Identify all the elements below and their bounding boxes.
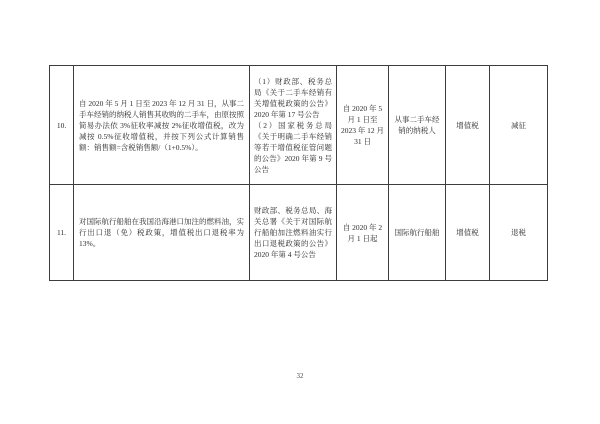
tax-type: 增值税 [446,185,490,281]
execution-period: 自 2020 年 2 月 1 日起 [337,185,389,281]
execution-period: 自 2020 年 5 月 1 日至 2023 年 12 月 31 日 [337,66,389,185]
tax-policy-table: 10. 自 2020 年 5 月 1 日至 2023 年 12 月 31 日，从… [49,65,548,281]
preference-type: 退税 [490,185,548,281]
basis-item: （1）财政部、税务总局《关于二手车经销有关增值税政策的公告》2020 年第 17… [254,76,332,120]
basis-item: （2）国家税务总局《关于明确二手车经销等若干增值税征管问题的公告》2020 年第… [254,120,332,175]
row-number: 11. [50,185,74,281]
policy-basis: （1）财政部、税务总局《关于二手车经销有关增值税政策的公告》2020 年第 17… [250,66,337,185]
row-number: 10. [50,66,74,185]
tax-type: 增值税 [446,66,490,185]
policy-basis: 财政部、税务总局、海关总署《关于对国际航行船舶加注燃料油实行出口退税政策的公告》… [250,185,337,281]
table-row-11: 11. 对国际航行船舶在我国沿海港口加注的燃料油，实行出口退（免）税政策，增值税… [50,185,548,281]
basis-item: 财政部、税务总局、海关总署《关于对国际航行船舶加注燃料油实行出口退税政策的公告》… [254,205,332,260]
applicable-subject: 国际航行船舶 [389,185,446,281]
policy-content: 对国际航行船舶在我国沿海港口加注的燃料油，实行出口退（免）税政策，增值税出口退税… [74,185,250,281]
document-page: 10. 自 2020 年 5 月 1 日至 2023 年 12 月 31 日，从… [0,0,600,424]
table-row-10: 10. 自 2020 年 5 月 1 日至 2023 年 12 月 31 日，从… [50,66,548,185]
preference-type: 减征 [490,66,548,185]
policy-content: 自 2020 年 5 月 1 日至 2023 年 12 月 31 日，从事二手车… [74,66,250,185]
applicable-subject: 从事二手车经销的纳税人 [389,66,446,185]
page-number: 32 [0,372,600,380]
